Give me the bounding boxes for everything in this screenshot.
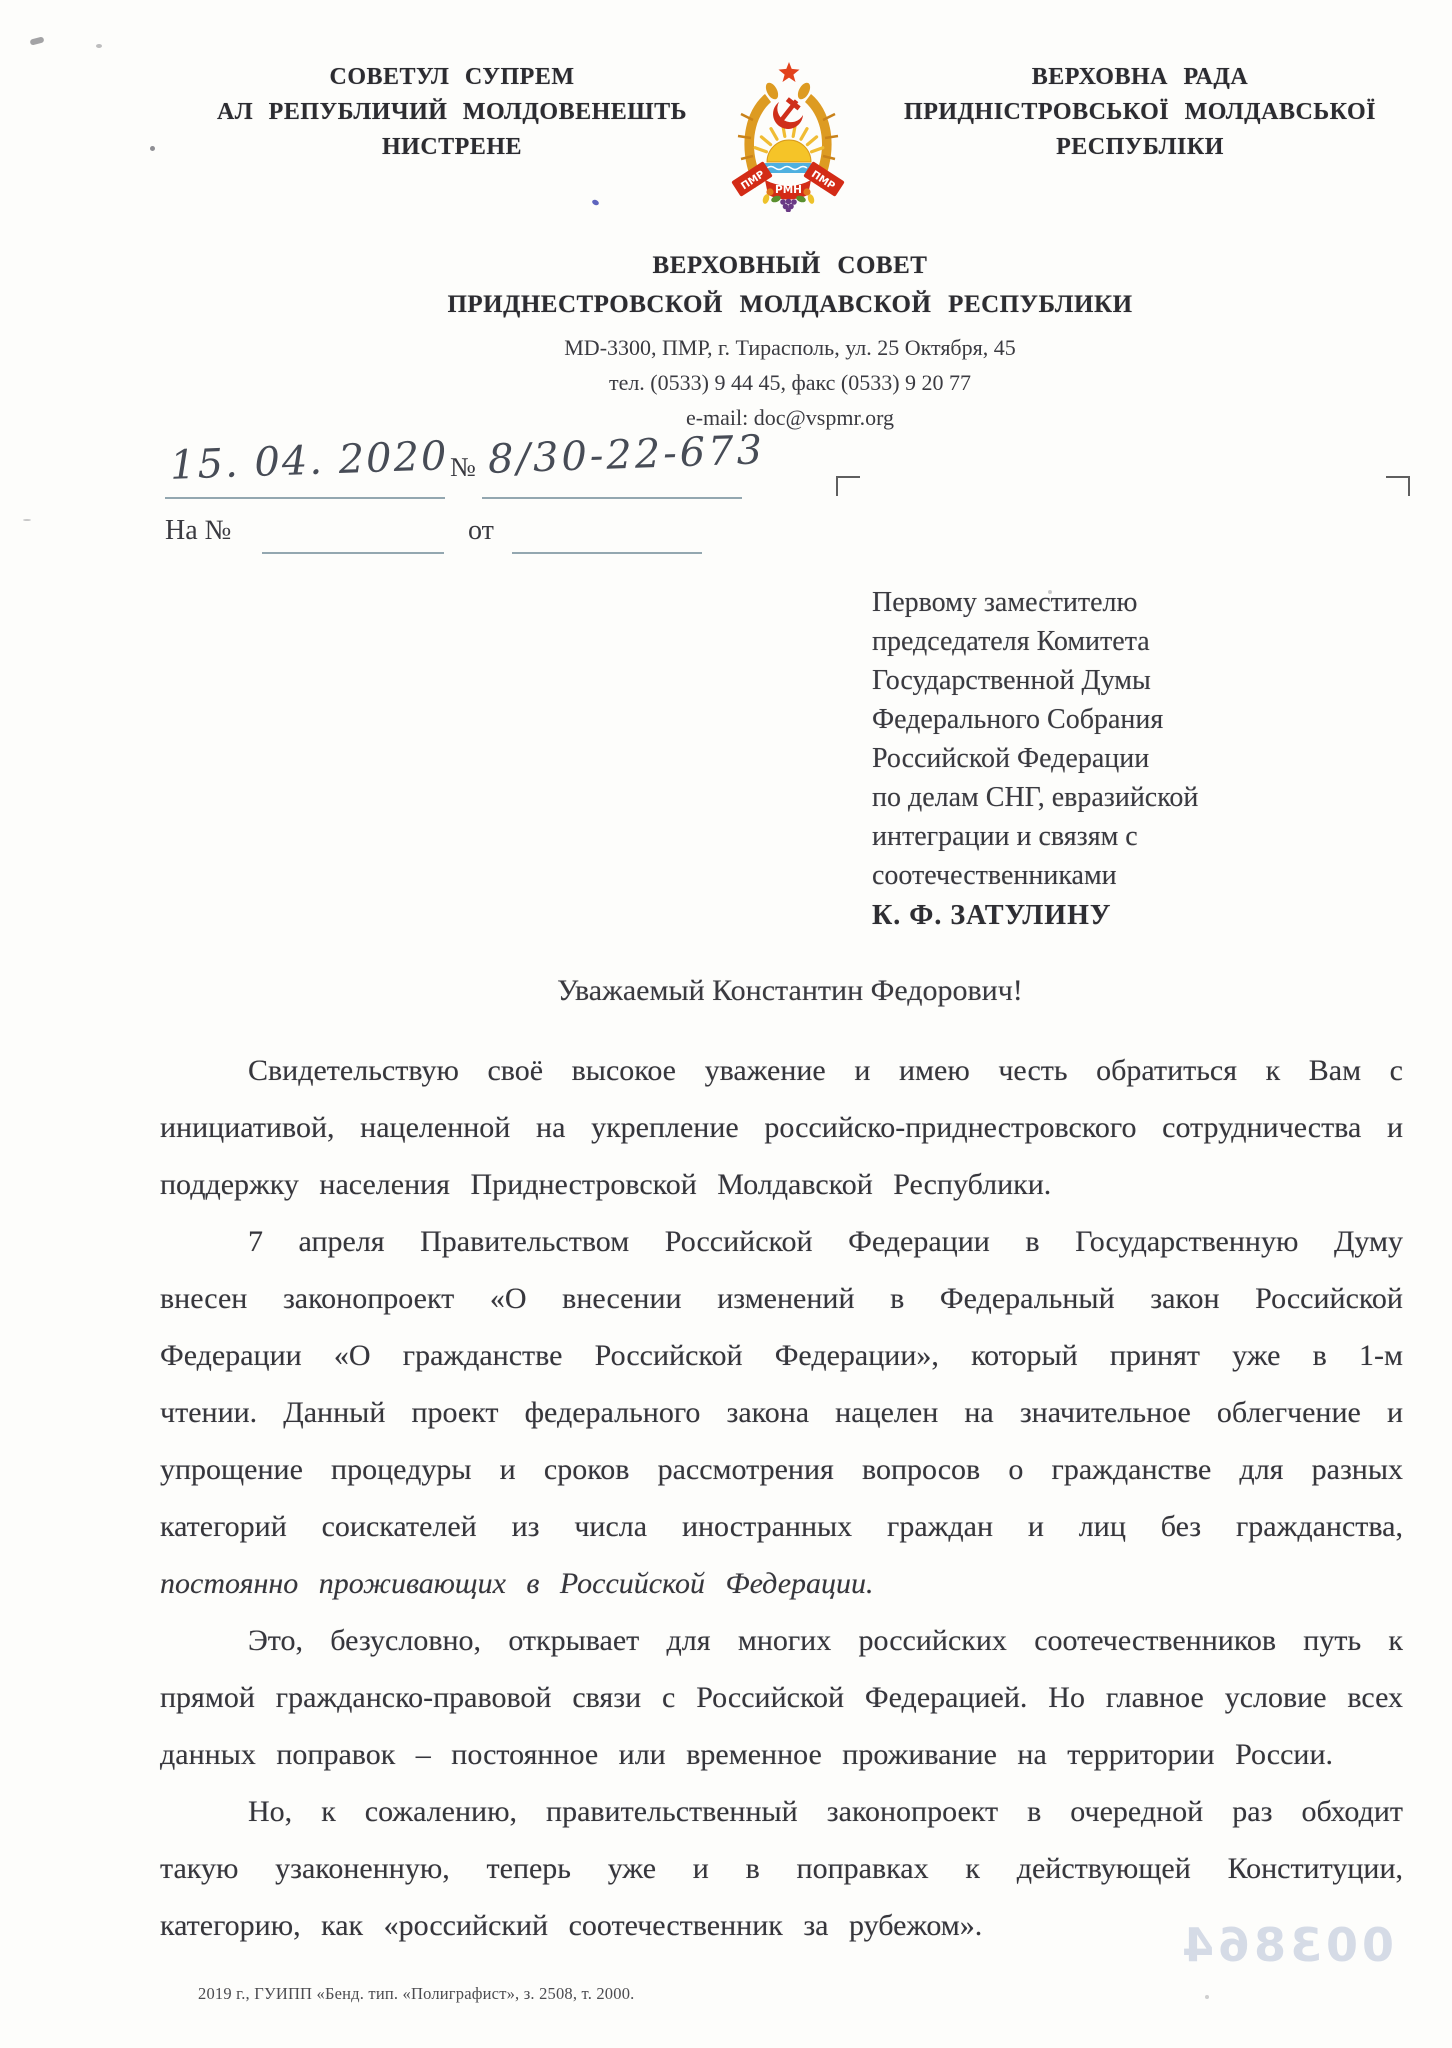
paragraph-text-italic: постоянно проживающих в Российской Федер… [160, 1567, 874, 1600]
ribbon-bottom-label: РМН [775, 184, 802, 196]
form-line-reply-number [262, 552, 444, 554]
handwritten-date: 15. 04. 2020 [169, 433, 449, 489]
addressee-line: Государственной Думы [872, 661, 1272, 700]
org-title: ВЕРХОВНЫЙ СОВЕТ ПРИДНЕСТРОВСКОЙ МОЛДАВСК… [380, 246, 1200, 324]
org-address-line: MD-3300, ПМР, г. Тирасполь, ул. 25 Октяб… [390, 330, 1190, 365]
pmr-coat-of-arms-icon: ПМР ПМР РМН [722, 60, 854, 212]
letterhead-left-line: НИСТРЕНЕ [178, 130, 726, 165]
addressee-line: по делам СНГ, евразийской [872, 778, 1272, 817]
reply-number-label: На № [165, 515, 231, 547]
addressee-line: Российской Федерации [872, 739, 1272, 778]
salutation: Уважаемый Константин Федорович! [170, 974, 1410, 1008]
paragraph-text: Это, безусловно, открывает для многих ро… [160, 1624, 1403, 1771]
letterhead-right-line: ВЕРХОВНА РАДА [884, 60, 1396, 95]
org-title-line: ВЕРХОВНЫЙ СОВЕТ [380, 246, 1200, 285]
river-band [764, 163, 812, 173]
paragraph-text: 7 апреля Правительством Российской Федер… [160, 1225, 1403, 1543]
scan-artifact [150, 146, 155, 151]
addressee-line: Федерального Собрания [872, 700, 1272, 739]
letterhead-left-moldovan: СОВЕТУЛ СУПРЕМ АЛ РЕПУБЛИЧИЙ МОЛДОВЕНЕШТ… [178, 60, 726, 165]
ink-speck [591, 199, 599, 206]
body-paragraph: Это, безусловно, открывает для многих ро… [160, 1612, 1403, 1783]
scan-artifact [96, 44, 102, 48]
org-title-line: ПРИДНЕСТРОВСКОЙ МОЛДАВСКОЙ РЕСПУБЛИКИ [380, 285, 1200, 324]
letterhead-right-ukrainian: ВЕРХОВНА РАДА ПРИДНІСТРОВСЬКОЇ МОЛДАВСЬК… [884, 60, 1396, 165]
addressee-line: интеграции и связям с [872, 817, 1272, 856]
letterhead-right-line: ПРИДНІСТРОВСЬКОЇ МОЛДАВСЬКОЇ [884, 95, 1396, 130]
letterhead-left-line: СОВЕТУЛ СУПРЕМ [178, 60, 726, 95]
addressee-line: Первому заместителю [872, 583, 1272, 622]
addressee-name: К. Ф. ЗАТУЛИНУ [872, 896, 1272, 935]
paragraph-text: Свидетельствую своё высокое уважение и и… [160, 1054, 1403, 1201]
org-address: MD-3300, ПМР, г. Тирасполь, ул. 25 Октяб… [390, 330, 1190, 435]
reply-date-label: от [468, 515, 494, 547]
form-line-date [165, 497, 445, 499]
org-address-line: e-mail: doc@vspmr.org [390, 400, 1190, 435]
addressee-block: Первому заместителю председателя Комитет… [872, 583, 1272, 935]
addressee-line: соотечественниками [872, 856, 1272, 895]
address-zone-corner-right [1386, 476, 1410, 496]
form-line-reply-date [512, 552, 702, 554]
print-shop-footer: 2019 г., ГУИПП «Бенд. тип. «Полиграфист»… [198, 1984, 634, 2004]
addressee-line: председателя Комитета [872, 622, 1272, 661]
star-icon [779, 62, 800, 82]
scan-artifact [29, 36, 44, 45]
body-paragraph: 7 апреля Правительством Российской Федер… [160, 1213, 1403, 1612]
stamp-bleedthrough-number: 003864 [1178, 1918, 1394, 1972]
number-sign: № [450, 452, 476, 483]
address-zone-corner-left [836, 476, 860, 496]
body-paragraph: Свидетельствую своё высокое уважение и и… [160, 1042, 1403, 1213]
letterhead-right-line: РЕСПУБЛІКИ [884, 130, 1396, 165]
scan-artifact [23, 519, 31, 521]
letterhead-left-line: АЛ РЕПУБЛИЧИЙ МОЛДОВЕНЕШТЬ [178, 95, 726, 130]
scanned-letter-page: СОВЕТУЛ СУПРЕМ АЛ РЕПУБЛИЧИЙ МОЛДОВЕНЕШТ… [0, 0, 1452, 2048]
org-address-line: тел. (0533) 9 44 45, факс (0533) 9 20 77 [390, 365, 1190, 400]
hammer-sickle-icon [773, 97, 803, 129]
handwritten-outgoing-number: 8/30-22-673 [487, 427, 766, 483]
scan-artifact [1205, 1995, 1209, 1999]
letter-body: Свидетельствую своё высокое уважение и и… [160, 1042, 1403, 1954]
form-line-number [482, 497, 742, 499]
